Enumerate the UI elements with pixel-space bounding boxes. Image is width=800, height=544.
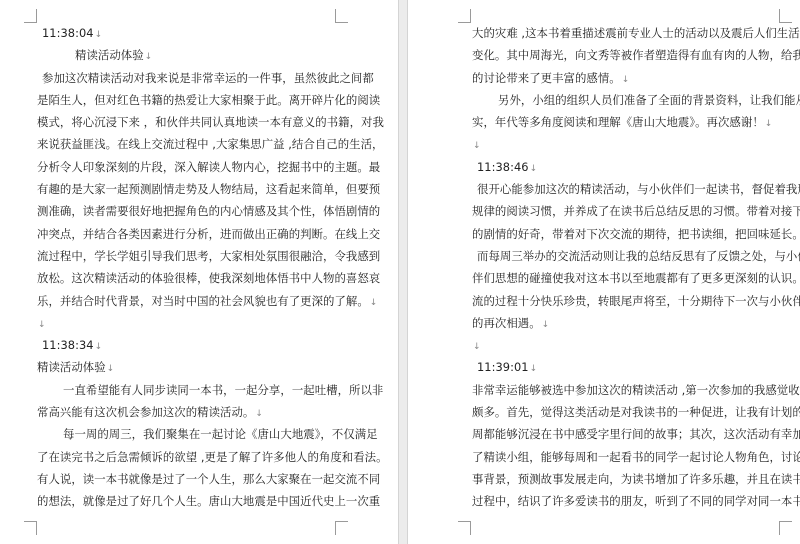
line-text: 的再次相遇。 [472,316,541,330]
paragraph-mark-icon: ↓ [530,364,538,374]
paragraph-line[interactable]: 很开心能参加这次的精读活动，与小伙伴们一起读书，督促着我形成 [472,178,772,200]
paragraph-line[interactable]: 11:38:04↓ [37,22,337,44]
line-text: 周都能够沉浸在书中感受字里行间的故事；其次，这次活动有幸加入 [472,427,800,441]
paragraph-mark-icon: ↓ [530,164,538,174]
document-page-right[interactable]: 大的灾难 ,这本书着重描述震前专业人士的活动以及震后人们生活的变化。其中周海光，… [408,0,800,544]
paragraph-mark-icon: ↓ [622,75,630,85]
page-body-text[interactable]: 大的灾难 ,这本书着重描述震前专业人士的活动以及震后人们生活的变化。其中周海光，… [472,22,772,513]
line-text: 大的灾难 ,这本书着重描述震前专业人士的活动以及震后人们生活的 [472,26,800,40]
line-text: 放松。这次精读活动的体验很棒，使我深刻地体悟书中人物的喜怒哀 [37,271,380,285]
line-text: 模式，将心沉浸下来 ，和伙伴共同认真地读一本有意义的书籍，对我 [37,115,384,129]
paragraph-line[interactable]: 流的过程十分快乐珍贵，转眼尾声将至，十分期待下一次与小伙伴们 [472,290,772,312]
paragraph-line[interactable]: 11:38:46↓ [472,156,772,178]
paragraph-line[interactable]: 一直希望能有人同步读同一本书，一起分享，一起吐槽，所以非 [37,379,337,401]
paragraph-line[interactable]: 周都能够沉浸在书中感受字里行间的故事；其次，这次活动有幸加入 [472,423,772,445]
paragraph-line[interactable]: 精读活动体验↓ [37,356,337,378]
line-text: 一直希望能有人同步读同一本书，一起分享，一起吐槽，所以非 [63,383,383,397]
paragraph-line[interactable]: 有趣的是大家一起预测剧情走势及人物结局，这看起来简单，但要预 [37,178,337,200]
line-text: 有趣的是大家一起预测剧情走势及人物结局，这看起来简单，但要预 [37,182,380,196]
paragraph-line[interactable]: 是陌生人，但对红色书籍的热爱让大家相聚于此。离开碎片化的阅读 [37,89,337,111]
page-body-text[interactable]: 11:38:04↓精读活动体验↓参加这次精读活动对我来说是非常幸运的一件事，虽然… [37,22,337,513]
line-text: 分析令人印象深刻的片段，深入解读人物内心，挖掘书中的主题。最 [37,160,380,174]
paragraph-line[interactable]: 流过程中，学长学姐引导我们思考，大家相处氛围很融洽，令我感到 [37,245,337,267]
paragraph-line[interactable]: 常高兴能有这次机会参加这次的精读活动。↓ [37,401,337,423]
page-corner-mark-bottom-left [458,521,471,535]
line-text: 乐，并结合时代背景，对当时中国的社会风貌也有了更深的了解。 [37,294,369,308]
paragraph-line[interactable]: 大的灾难 ,这本书着重描述震前专业人士的活动以及震后人们生活的 [472,22,772,44]
empty-paragraph[interactable]: ↓ [37,312,337,334]
page-corner-mark-bottom-right [779,521,792,535]
paragraph-line[interactable]: 实，年代等多角度阅读和理解《唐山大地震》。再次感谢！↓ [472,111,772,133]
page-corner-mark-top-right [335,9,348,23]
paragraph-line[interactable]: 有人说，读一本书就像是过了一个人生，那么大家聚在一起交流不同 [37,468,337,490]
line-text: 事背景，预测故事发展走向，为读书增加了许多乐趣，并且在读书的 [472,472,800,486]
line-text: 变化。其中周海光，向文秀等被作者塑造得有血有肉的人物，给我们 [472,48,800,62]
paragraph-line[interactable]: 非常幸运能够被选中参加这次的精读活动 ,第一次参加的我感觉收获 [472,379,772,401]
paragraph-line[interactable]: 放松。这次精读活动的体验很棒，使我深刻地体悟书中人物的喜怒哀 [37,267,337,289]
paragraph-mark-icon: ↓ [473,342,481,352]
line-text: 过程中，结识了许多爱读书的朋友，听到了不同的同学对同一本书的 [472,494,800,508]
paragraph-line[interactable]: 冲突点，并结合各类因素进行分析，进而做出正确的判断。在线上交 [37,223,337,245]
line-text: 是陌生人，但对红色书籍的热爱让大家相聚于此。离开碎片化的阅读 [37,93,380,107]
paragraph-mark-icon: ↓ [542,320,550,330]
paragraph-mark-icon: ↓ [145,52,153,62]
paragraph-line[interactable]: 变化。其中周海光，向文秀等被作者塑造得有血有肉的人物，给我们 [472,44,772,66]
paragraph-line[interactable]: 的讨论带来了更丰富的感情。↓ [472,67,772,89]
line-text: 非常幸运能够被选中参加这次的精读活动 ,第一次参加的我感觉收获 [472,383,800,397]
line-text: 来说获益匪浅。在线上交流过程中 ,大家集思广益 ,结合自己的生活， [37,137,383,151]
line-text: 11:38:46 [477,160,529,174]
line-text: 颇多。首先，觉得这类活动是对我读书的一种促进，让我有计划的每 [472,405,800,419]
page-corner-mark-bottom-right [335,521,348,535]
line-text: 流的过程十分快乐珍贵，转眼尾声将至，十分期待下一次与小伙伴们 [472,294,800,308]
empty-paragraph[interactable]: ↓ [472,334,772,356]
paragraph-line[interactable]: 11:38:34↓ [37,334,337,356]
paragraph-line[interactable]: 的剧情的好奇，带着对下次交流的期待，把书读细，把回味延长。↓ [472,223,772,245]
line-text: 测准确，读者需要很好地把握角色的内心情感及其个性，体悟剧情的 [37,204,380,218]
line-text: 精读活动体验 [37,360,106,374]
paragraph-line[interactable]: 每一周的周三，我们聚集在一起讨论《唐山大地震》，不仅满足 [37,423,337,445]
paragraph-mark-icon: ↓ [38,320,46,330]
line-text: 伴们思想的碰撞使我对这本书以至地震都有了更多更深刻的认识。交 [472,271,800,285]
paragraph-line[interactable]: 模式，将心沉浸下来 ，和伙伴共同认真地读一本有意义的书籍，对我 [37,111,337,133]
line-text: 而每周三举办的交流活动则让我的总结反思有了反馈之处，与小伙 [477,249,800,263]
line-text: 了精读小组，能够每周和一起看书的同学一起讨论人物角色，讨论故 [472,450,800,464]
line-text: 11:39:01 [477,360,529,374]
line-text: 常高兴能有这次机会参加这次的精读活动。 [37,405,254,419]
line-text: 了在读完书之后急需倾诉的欲望 ,更是了解了许多他人的角度和看法。 [37,450,388,464]
paragraph-line[interactable]: 了精读小组，能够每周和一起看书的同学一起讨论人物角色，讨论故 [472,446,772,468]
line-text: 规律的阅读习惯，并养成了在读书后总结反思的习惯。带着对接下来 [472,204,800,218]
paragraph-mark-icon: ↓ [370,298,378,308]
line-text: 冲突点，并结合各类因素进行分析，进而做出正确的判断。在线上交 [37,227,380,241]
paragraph-line[interactable]: 颇多。首先，觉得这类活动是对我读书的一种促进，让我有计划的每 [472,401,772,423]
line-text: 实，年代等多角度阅读和理解《唐山大地震》。再次感谢！ [472,115,764,129]
page-corner-mark-top-left [24,9,37,23]
paragraph-line[interactable]: 11:39:01↓ [472,356,772,378]
paragraph-line[interactable]: 的想法，就像是过了好几个人生。唐山大地震是中国近代史上一次重 [37,490,337,512]
paragraph-line[interactable]: 参加这次精读活动对我来说是非常幸运的一件事，虽然彼此之间都 [37,67,337,89]
paragraph-line[interactable]: 来说获益匪浅。在线上交流过程中 ,大家集思广益 ,结合自己的生活， [37,133,337,155]
line-text: 流过程中，学长学姐引导我们思考，大家相处氛围很融洽，令我感到 [37,249,380,263]
paragraph-mark-icon: ↓ [95,342,103,352]
paragraph-line[interactable]: 分析令人印象深刻的片段，深入解读人物内心，挖掘书中的主题。最 [37,156,337,178]
page-corner-mark-bottom-left [24,521,37,535]
paragraph-line[interactable]: 精读活动体验↓ [37,44,337,66]
line-text: 11:38:34 [42,338,94,352]
paragraph-mark-icon: ↓ [95,30,103,40]
paragraph-mark-icon: ↓ [107,364,115,374]
paragraph-line[interactable]: 事背景，预测故事发展走向，为读书增加了许多乐趣，并且在读书的 [472,468,772,490]
document-page-left[interactable]: 11:38:04↓精读活动体验↓参加这次精读活动对我来说是非常幸运的一件事，虽然… [0,0,398,544]
line-text: 的讨论带来了更丰富的感情。 [472,71,621,85]
paragraph-line[interactable]: 伴们思想的碰撞使我对这本书以至地震都有了更多更深刻的认识。交 [472,267,772,289]
line-text: 11:38:04 [42,26,94,40]
paragraph-line[interactable]: 过程中，结识了许多爱读书的朋友，听到了不同的同学对同一本书的 [472,490,772,512]
line-text: 另外，小组的组织人员们准备了全面的背景资料，让我们能从事 [498,93,800,107]
empty-paragraph[interactable]: ↓ [472,133,772,155]
page-corner-mark-top-right [779,9,792,23]
paragraph-line[interactable]: 的再次相遇。↓ [472,312,772,334]
paragraph-mark-icon: ↓ [255,409,263,419]
paragraph-mark-icon: ↓ [473,141,481,151]
paragraph-line[interactable]: 另外，小组的组织人员们准备了全面的背景资料，让我们能从事 [472,89,772,111]
paragraph-line[interactable]: 而每周三举办的交流活动则让我的总结反思有了反馈之处，与小伙 [472,245,772,267]
page-corner-mark-top-left [458,9,471,23]
page-gap [398,0,408,544]
paragraph-line[interactable]: 测准确，读者需要很好地把握角色的内心情感及其个性，体悟剧情的 [37,200,337,222]
line-text: 参加这次精读活动对我来说是非常幸运的一件事，虽然彼此之间都 [42,71,374,85]
line-text: 有人说，读一本书就像是过了一个人生，那么大家聚在一起交流不同 [37,472,380,486]
paragraph-line[interactable]: 乐，并结合时代背景，对当时中国的社会风貌也有了更深的了解。↓ [37,290,337,312]
paragraph-line[interactable]: 了在读完书之后急需倾诉的欲望 ,更是了解了许多他人的角度和看法。 [37,446,337,468]
line-text: 的剧情的好奇，带着对下次交流的期待，把书读细，把回味延长。 [472,227,800,241]
line-text: 的想法，就像是过了好几个人生。唐山大地震是中国近代史上一次重 [37,494,380,508]
paragraph-line[interactable]: 规律的阅读习惯，并养成了在读书后总结反思的习惯。带着对接下来 [472,200,772,222]
paragraph-mark-icon: ↓ [765,119,773,129]
line-text: 每一周的周三，我们聚集在一起讨论《唐山大地震》，不仅满足 [63,427,378,441]
line-text: 很开心能参加这次的精读活动，与小伙伴们一起读书，督促着我形成 [477,182,800,196]
line-text: 精读活动体验 [75,48,144,62]
